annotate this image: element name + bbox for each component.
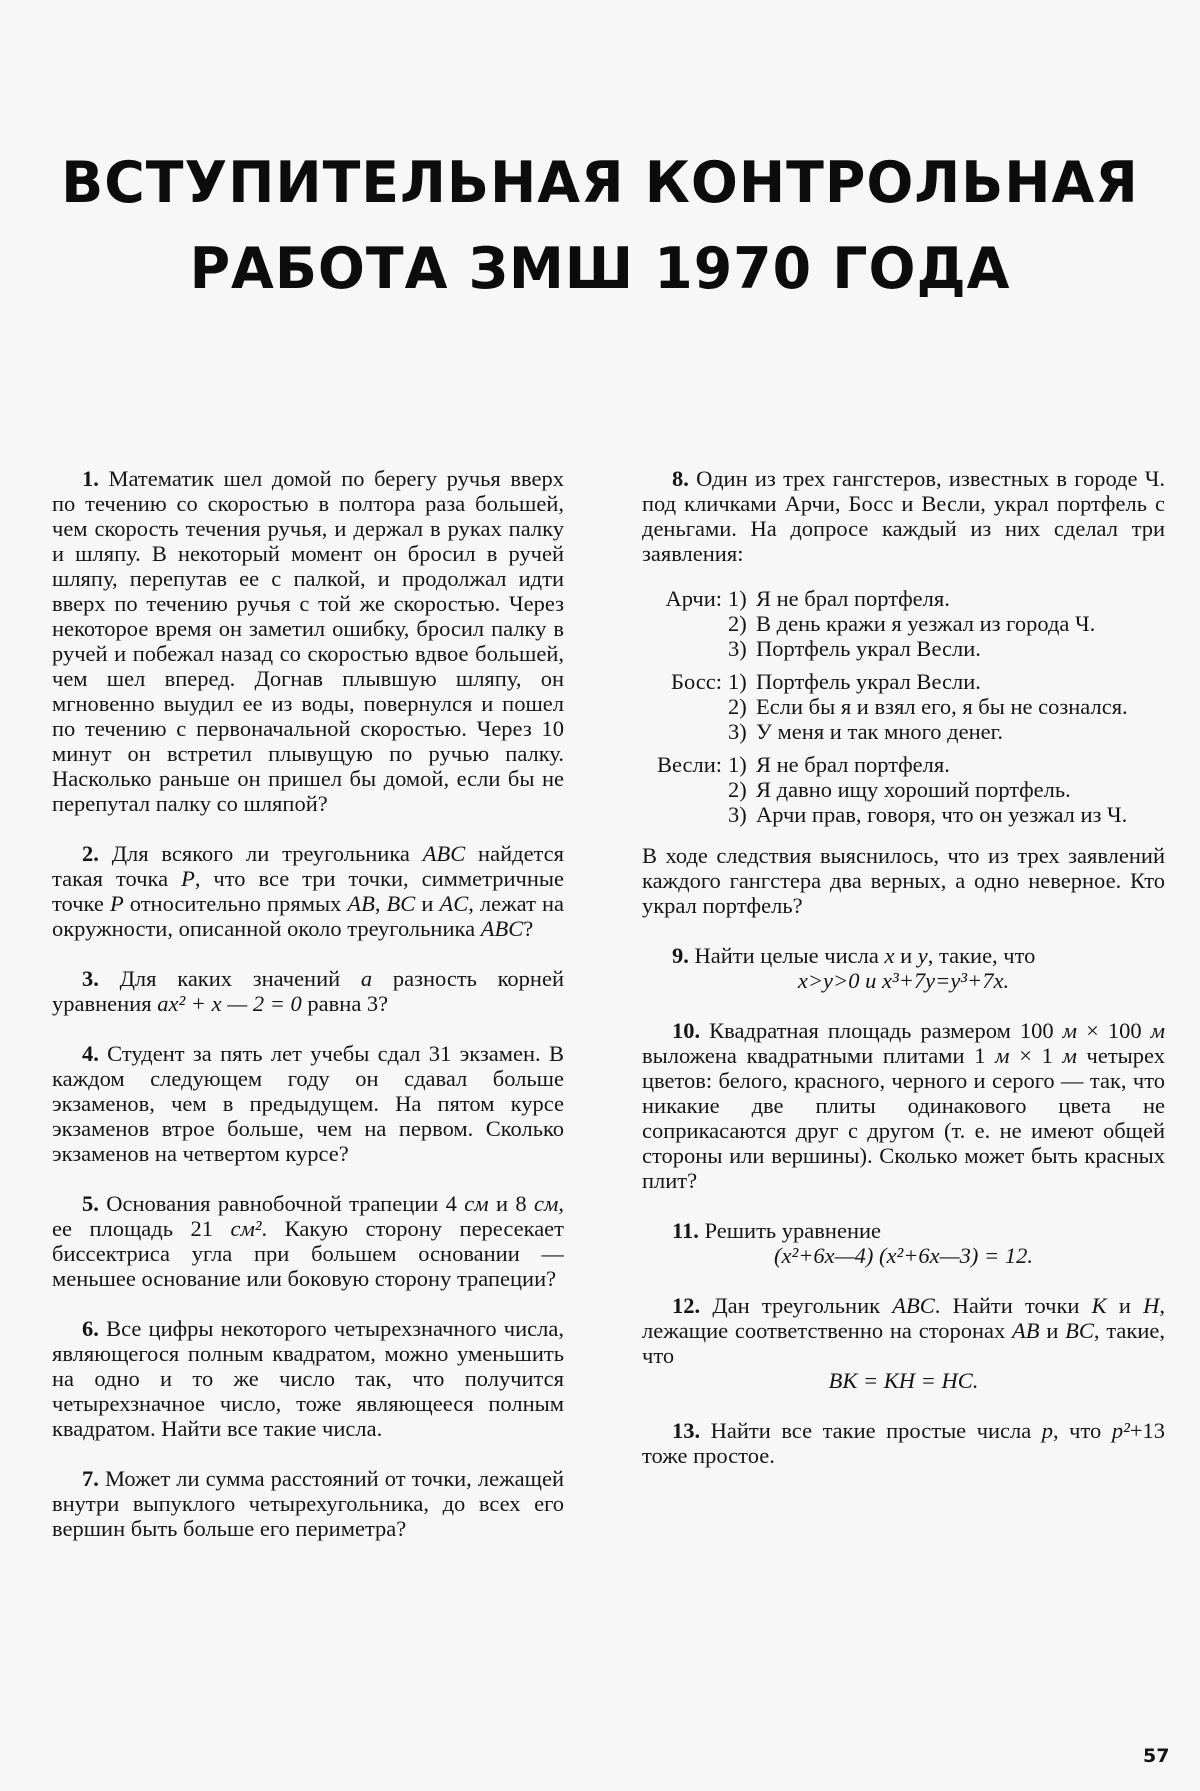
statement-text: Если бы я и взял его, я бы не сознался. [756,694,1165,719]
problem-text: . Найти точки [935,1293,1092,1318]
statement: 1)Я не брал портфеля. [728,586,1165,611]
problem-number: 9. [672,943,689,968]
unit: см² [230,1216,261,1241]
problem-3: 3. Для каких значений a разность корней … [52,966,564,1016]
unit: м [1063,1018,1077,1043]
math-var: P [110,891,124,916]
title-line-2: РАБОТА ЗМШ 1970 ГОДА [18,226,1182,312]
unit: м [995,1043,1009,1068]
unit: см [534,1191,558,1216]
math-var: BC [1065,1318,1094,1343]
statement-text: Арчи прав, говоря, что он уезжал из Ч. [756,802,1165,827]
problem-2: 2. Для всякого ли треугольника ABC найде… [52,841,564,941]
problem-text: Для каких значений [99,966,361,991]
speaker-name: Весли: [642,752,728,827]
problem-12: 12. Дан треугольник ABC. Найти точки K и… [642,1293,1165,1393]
problem-text: равна 3? [302,991,388,1016]
problem-text: × 1 [1010,1043,1063,1068]
statement-number: 3) [728,636,756,661]
problem-13: 13. Найти все такие простые числа p, что… [642,1418,1165,1468]
problem-text: Может ли сумма расстояний от точки, лежа… [52,1466,564,1541]
problem-text: Квадратная площадь размером 100 [700,1018,1063,1043]
speaker-archie: Арчи: 1)Я не брал портфеля. 2)В день кра… [642,586,1165,661]
statements-list: Арчи: 1)Я не брал портфеля. 2)В день кра… [642,586,1165,827]
problem-conclusion: В ходе следствия выяснилось, что из трех… [642,843,1165,918]
problem-text: , что [1053,1418,1112,1443]
problem-6: 6. Все цифры некоторого четырехзначного … [52,1316,564,1441]
math-var: y [918,943,928,968]
problem-number: 12. [672,1293,700,1318]
problem-text: выложена квадратными плитами 1 [642,1043,995,1068]
math-var: x [884,943,894,968]
statement-number: 3) [728,719,756,744]
statement-number: 1) [728,669,756,694]
math-var: ABC [481,916,524,941]
math-var: H [1143,1293,1159,1318]
math-formula: ax² + x — 2 = 0 [157,991,302,1016]
right-column: 8. Один из трех гангстеров, известных в … [642,466,1165,1493]
problem-text: и [415,891,439,916]
formula: x>y>0 и x³+7y=y³+7x. [642,968,1165,993]
title-line-1: ВСТУПИТЕЛЬНАЯ КОНТРОЛЬНАЯ [18,140,1182,226]
unit: см [464,1191,488,1216]
statement: 2)В день кражи я уезжал из города Ч. [728,611,1165,636]
left-column: 1. Математик шел домой по берегу ручья в… [52,466,564,1566]
statement-text: Портфель украл Весли. [756,636,1165,661]
problem-4: 4. Студент за пять лет учебы сдал 31 экз… [52,1041,564,1166]
math-var: ABC [423,841,466,866]
problem-8: 8. Один из трех гангстеров, известных в … [642,466,1165,918]
problem-number: 2. [82,841,99,866]
problem-text: Математик шел домой по берегу ручья ввер… [52,466,564,816]
problem-text: ? [523,916,533,941]
math-var: K [1092,1293,1107,1318]
statement: 3)Портфель украл Весли. [728,636,1165,661]
formula: BK = KH = HC. [642,1368,1165,1393]
math-var: BC [387,891,416,916]
math-var: AB [1012,1318,1040,1343]
math-var: p [1042,1418,1053,1443]
statement: 3)Арчи прав, говоря, что он уезжал из Ч. [728,802,1165,827]
statement-text: У меня и так много денег. [756,719,1165,744]
problem-11: 11. Решить уравнение (x²+6x—4) (x²+6x—3)… [642,1218,1165,1268]
problem-7: 7. Может ли сумма расстояний от точки, л… [52,1466,564,1541]
problem-1: 1. Математик шел домой по берегу ручья в… [52,466,564,816]
problem-number: 4. [82,1041,99,1066]
speaker-boss: Босс: 1)Портфель украл Весли. 2)Если бы … [642,669,1165,744]
statement-text: В день кражи я уезжал из города Ч. [756,611,1165,636]
statement-text: Я давно ищу хороший портфель. [756,777,1165,802]
formula: (x²+6x—4) (x²+6x—3) = 12. [642,1243,1165,1268]
statement: 2)Я давно ищу хороший портфель. [728,777,1165,802]
page-number: 57 [1143,1745,1169,1767]
unit: м [1151,1018,1165,1043]
problem-number: 11. [672,1218,699,1243]
problem-text: относительно прямых [124,891,348,916]
problem-text: Основания равнобочной трапеции 4 [99,1191,464,1216]
problem-text: Решить уравнение [699,1218,881,1243]
problem-text: Найти все такие простые числа [700,1418,1042,1443]
statement-number: 1) [728,586,756,611]
statement-text: Я не брал портфеля. [756,586,1165,611]
statement-number: 3) [728,802,756,827]
problem-text: и [894,943,917,968]
problem-number: 7. [82,1466,99,1491]
problem-text: Все цифры некоторого четырехзначного чис… [52,1316,564,1441]
problem-text: и 8 [489,1191,534,1216]
problem-text: Дан треугольник [700,1293,892,1318]
problem-5: 5. Основания равнобочной трапеции 4 см и… [52,1191,564,1291]
statement: 3)У меня и так много денег. [728,719,1165,744]
math-var: AB [347,891,375,916]
problem-text: , [375,891,387,916]
math-var: AC [439,891,468,916]
problem-number: 6. [82,1316,99,1341]
page-title: ВСТУПИТЕЛЬНАЯ КОНТРОЛЬНАЯ РАБОТА ЗМШ 197… [18,140,1182,312]
problem-text: Для всякого ли треугольника [99,841,423,866]
problem-text: × 100 [1077,1018,1151,1043]
problem-number: 5. [82,1191,99,1216]
problem-number: 3. [82,966,99,991]
problem-text: , такие, что [928,943,1036,968]
math-var: ABC [892,1293,935,1318]
statement: 1)Я не брал портфеля. [728,752,1165,777]
unit: м [1063,1043,1077,1068]
statement-text: Портфель украл Весли. [756,669,1165,694]
math-var: p² [1112,1418,1130,1443]
statement: 1)Портфель украл Весли. [728,669,1165,694]
problem-text: и [1107,1293,1143,1318]
statement-number: 2) [728,777,756,802]
problem-text: Один из трех гангстеров, известных в гор… [642,466,1165,566]
problem-number: 1. [82,466,99,491]
problem-text: Найти целые числа [689,943,885,968]
problem-text: Студент за пять лет учебы сдал 31 экзаме… [52,1041,564,1166]
problem-number: 8. [672,466,689,491]
problem-number: 13. [672,1418,700,1443]
speaker-wesley: Весли: 1)Я не брал портфеля. 2)Я давно и… [642,752,1165,827]
statement-number: 2) [728,611,756,636]
math-var: P [181,866,195,891]
problem-text: и [1040,1318,1066,1343]
speaker-name: Босс: [642,669,728,744]
statement-number: 2) [728,694,756,719]
statement: 2)Если бы я и взял его, я бы не сознался… [728,694,1165,719]
math-var: a [361,966,372,991]
problem-10: 10. Квадратная площадь размером 100 м × … [642,1018,1165,1193]
statement-number: 1) [728,752,756,777]
problem-9: 9. Найти целые числа x и y, такие, что x… [642,943,1165,993]
problem-number: 10. [672,1018,700,1043]
speaker-name: Арчи: [642,586,728,661]
statement-text: Я не брал портфеля. [756,752,1165,777]
